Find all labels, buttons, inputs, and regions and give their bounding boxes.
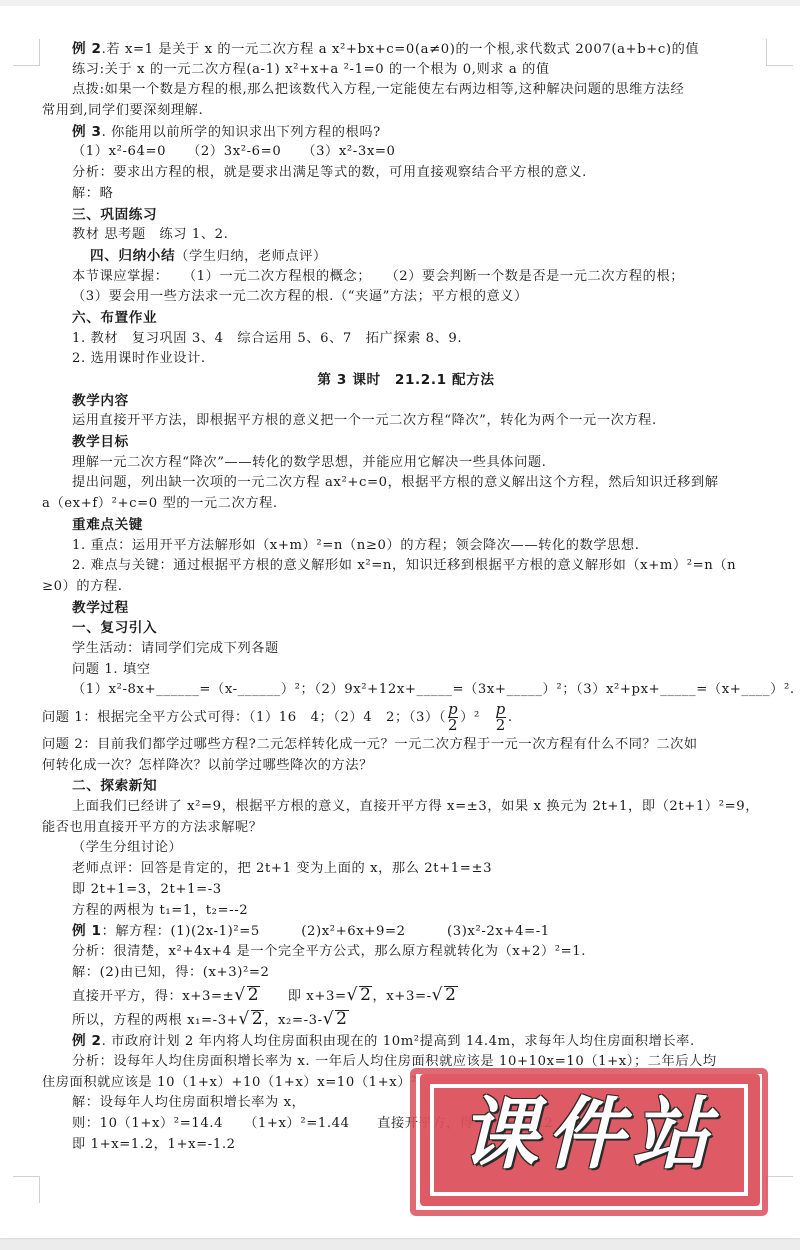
explore-text: 上面我们已经讲了 x²=9，根据平方根的意义，直接开平方得 x=±3，如果 x … (42, 797, 770, 818)
question-2-cont: 何转化成一次？怎样降次？以前学过哪些降次的方法？ (42, 756, 770, 777)
key-point-2-cont: ≥0）的方程. (42, 577, 770, 598)
crop-mark-bottom-left (13, 1176, 40, 1203)
heading-review: 一、复习引入 (42, 618, 770, 639)
example-2b-line: 例 2. 市政府计划 2 年内将人均住房面积由现在的 10m²提高到 14.4m… (42, 1031, 770, 1052)
solution-line: 解：略 (42, 184, 770, 205)
example-1-solution: 解：(2)由已知，得：(x+3)²=2 (42, 963, 770, 984)
heading-teaching-process: 教学过程 (42, 598, 770, 619)
question-1-blanks: （1）x²-8x+______=（x-______）²；（2）9x²+12x+_… (42, 680, 770, 701)
question-1-label: 问题 1. 填空 (42, 660, 770, 681)
fraction-p-over-2: p2 (448, 702, 458, 733)
key-point-1: 1. 重点：运用开平方法解形如（x+m）²=n（n≥0）的方程；领会降次——转化… (42, 536, 770, 557)
hint-line-cont: 常用到,同学们要深刻理解. (42, 101, 770, 122)
sqrt-icon: √ (347, 985, 358, 1005)
fraction-p-over-2: p2 (496, 702, 506, 733)
example-1-line: 例 1：解方程：(1)(2x-1)²=5 (2)x²+6x+9=2 (3)x²-… (42, 921, 770, 942)
question-1-answer: 问题 1：根据完全平方公式可得：（1）16 4；（2）4 2；（3）（p2）² … (42, 701, 770, 735)
teaching-goal-2: 提出问题，列出缺一次项的一元二次方程 ax²+c=0，根据平方根的意义解出这个方… (42, 473, 770, 494)
section-heading-homework: 六、布置作业 (42, 308, 770, 329)
explore-text-cont: 能否也用直接开平方的方法求解呢？ (42, 818, 770, 839)
crop-mark-bottom-right (766, 1176, 793, 1203)
example-2-line: 例 2.若 x=1 是关于 x 的一元二次方程 a x²+bx+c=0(a≠0)… (42, 39, 770, 60)
example-3-line: 例 3. 你能用以前所学的知识求出下列方程的根吗? (42, 122, 770, 143)
homework-item-1: 1. 教材 复习巩固 3、4 综合运用 5、6、7 拓广探索 8、9. (42, 329, 770, 350)
key-point-2: 2. 难点与关键：通过根据平方根的意义解形如 x²=n，知识迁移到根据平方根的意… (42, 556, 770, 577)
summary-line: 本节课应掌握： （1）一元二次方程根的概念； （2）要会判断一个数是否是一元二次… (42, 267, 770, 288)
student-activity: 学生活动：请同学们完成下列各题 (42, 639, 770, 660)
sqrt-icon: √ (432, 985, 443, 1005)
heading-teaching-content: 教学内容 (42, 391, 770, 412)
example-1-analysis: 分析：很清楚，x²+4x+4 是一个完全平方公式，那么原方程就转化为（x+2）²… (42, 942, 770, 963)
sqrt-icon: √ (238, 1009, 249, 1029)
example-1-sqrt-step: 直接开平方，得：x+3=±√2 即 x+3=√2，x+3=-√2 (42, 983, 770, 1007)
watermark-stamp: 课件站 (408, 1068, 770, 1218)
section-heading-summary: 四、归纳小结（学生归纳，老师点评） (42, 246, 770, 267)
document-body: 例 2.若 x=1 是关于 x 的一元二次方程 a x²+bx+c=0(a≠0)… (42, 39, 770, 1155)
watermark-text: 课件站 (408, 1090, 770, 1180)
practice-line: 练习:关于 x 的一元二次方程(a-1) x²+x+a ²-1=0 的一个根为 … (42, 60, 770, 81)
heading-teaching-goals: 教学目标 (42, 432, 770, 453)
crop-mark-top-right (766, 39, 793, 66)
heading-explore: 二、探索新知 (42, 776, 770, 797)
analysis-line: 分析：要求出方程的根，就是要求出满足等式的数，可用直接观察结合平方根的意义. (42, 163, 770, 184)
teaching-goal-2-cont: a（ex+f）²+c=0 型的一元二次方程. (42, 494, 770, 515)
sqrt-icon: √ (323, 1009, 334, 1029)
heading-key-points: 重难点关键 (42, 515, 770, 536)
equation-roots: 方程的两根为 t₁=1，t₂=--2 (42, 901, 770, 922)
teaching-content-text: 运用直接开平方法，即根据平方根的意义把一个一元二次方程“降次”，转化为两个一元一… (42, 411, 770, 432)
hint-line: 点拨:如果一个数是方程的根,那么把该数代入方程,一定能使左右两边相等,这种解决问… (42, 80, 770, 101)
homework-item-2: 2. 选用课时作业设计. (42, 349, 770, 370)
question-2: 问题 2：目前我们都学过哪些方程?二元怎样转化成一元？一元二次方程于一元一次方程… (42, 735, 770, 756)
example-1-roots: 所以，方程的两根 x₁=-3+√2，x₂=-3-√2 (42, 1007, 770, 1031)
group-discussion: （学生分组讨论） (42, 838, 770, 859)
section-heading-practice: 三、巩固练习 (42, 205, 770, 226)
teacher-comment: 老师点评：回答是肯定的，把 2t+1 变为上面的 x，那么 2t+1=±3 (42, 859, 770, 880)
example-3-equations: （1）x²-64=0 （2）3x²-6=0 （3）x²-3x=0 (42, 142, 770, 163)
sqrt-icon: √ (234, 985, 245, 1005)
crop-mark-top-left (13, 39, 40, 66)
lesson-title: 第 3 课时 21.2.1 配方法 (42, 370, 770, 391)
teaching-goal-1: 理解一元二次方程“降次”——转化的数学思想，并能应用它解决一些具体问题. (42, 453, 770, 474)
summary-line-cont: （3）要会用一些方法求一元二次方程的根.（“夹逼”方法；平方根的意义） (42, 287, 770, 308)
equation-split: 即 2t+1=3，2t+1=-3 (42, 880, 770, 901)
practice-assignment: 教材 思考题 练习 1、2. (42, 225, 770, 246)
